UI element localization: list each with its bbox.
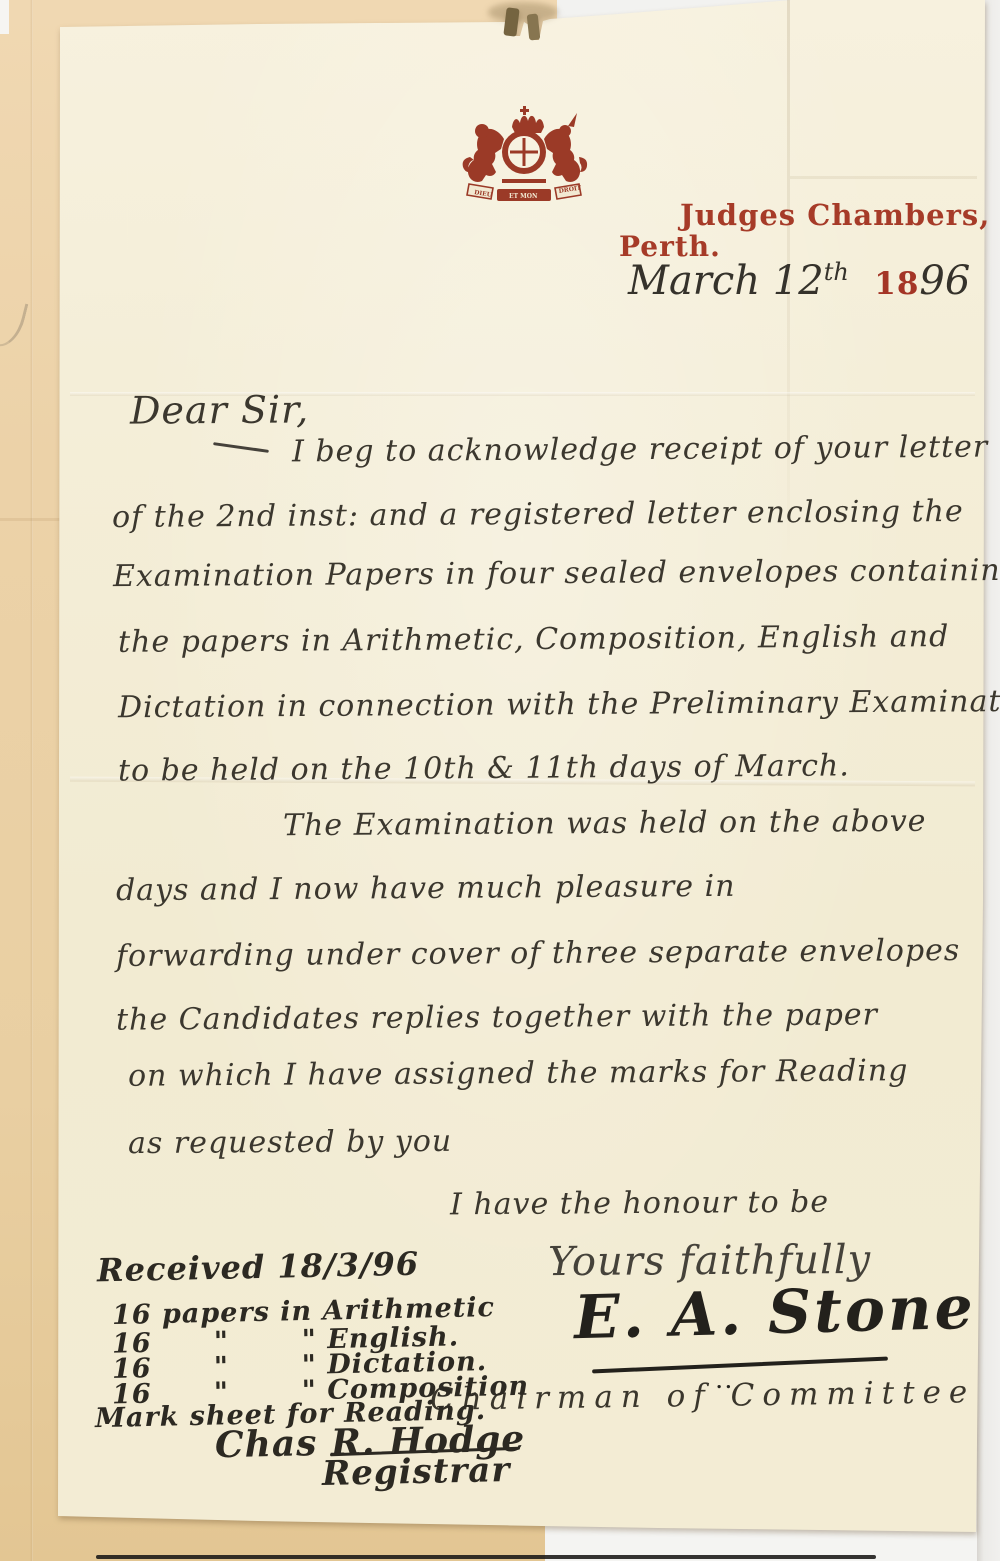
crest-lion-head bbox=[475, 124, 489, 138]
body-line: on which I have assigned the marks for R… bbox=[128, 1053, 909, 1093]
received-signer-role: Registrar bbox=[322, 1450, 511, 1494]
torn-edge-fragment bbox=[503, 7, 519, 36]
scanned-letter-page: DIEU ET MON DROIT Judges Chambers, Perth… bbox=[0, 0, 1000, 1561]
body-line: the Candidates replies together with the… bbox=[116, 997, 878, 1037]
body-line: of the 2nd inst: and a registered letter… bbox=[112, 494, 964, 535]
royal-coat-of-arms-icon: DIEU ET MON DROIT bbox=[458, 104, 590, 206]
date-written-year: 96 bbox=[919, 258, 970, 304]
crest-unicorn-horn bbox=[568, 113, 577, 127]
crest-shield-fess bbox=[510, 151, 538, 154]
letterhead-office: Judges Chambers, bbox=[680, 198, 990, 232]
signature-dots: .. bbox=[716, 1372, 730, 1376]
body-line: days and I now have much pleasure in bbox=[116, 869, 736, 908]
crest-lion bbox=[468, 129, 504, 182]
date-written-day: March 12 bbox=[628, 258, 824, 304]
date-printed-year: 18 bbox=[874, 266, 919, 302]
torn-edge bbox=[488, 2, 558, 22]
scan-background bbox=[0, 0, 9, 34]
date-ordinal: th bbox=[824, 258, 849, 286]
crest-compartment bbox=[502, 179, 546, 183]
backing-paper-crease bbox=[30, 0, 33, 1561]
date-line: March 12th 1896 bbox=[628, 258, 970, 304]
crest-motto-center: ET MON bbox=[509, 193, 538, 200]
crest-cross bbox=[520, 106, 529, 115]
crest-unicorn bbox=[544, 129, 580, 182]
signature: E. A. Stone bbox=[573, 1273, 976, 1353]
backing-paper-crease bbox=[0, 518, 62, 521]
body-line: I beg to acknowledge receipt of your let… bbox=[292, 430, 988, 470]
body-line: Dictation in connection with the Prelimi… bbox=[118, 684, 1000, 726]
body-line: The Examination was held on the above bbox=[283, 804, 927, 843]
crest-unicorn-head bbox=[559, 125, 571, 137]
body-line: forwarding under cover of three separate… bbox=[116, 933, 960, 974]
closing-honour-line: I have the honour to be bbox=[450, 1185, 829, 1223]
crest-unicorn-tail bbox=[579, 157, 587, 172]
salutation: Dear Sir, bbox=[130, 387, 309, 432]
body-line: as requested by you bbox=[128, 1124, 452, 1161]
body-line: the papers in Arithmetic, Composition, E… bbox=[118, 619, 949, 660]
scan-edge-shadow bbox=[96, 1555, 876, 1559]
body-line: to be held on the 10th & 11th days of Ma… bbox=[118, 748, 850, 788]
date-spacer bbox=[849, 258, 874, 304]
received-heading: Received 18/3/96 bbox=[97, 1245, 420, 1290]
body-line: Examination Papers in four sealed envelo… bbox=[113, 553, 1000, 594]
